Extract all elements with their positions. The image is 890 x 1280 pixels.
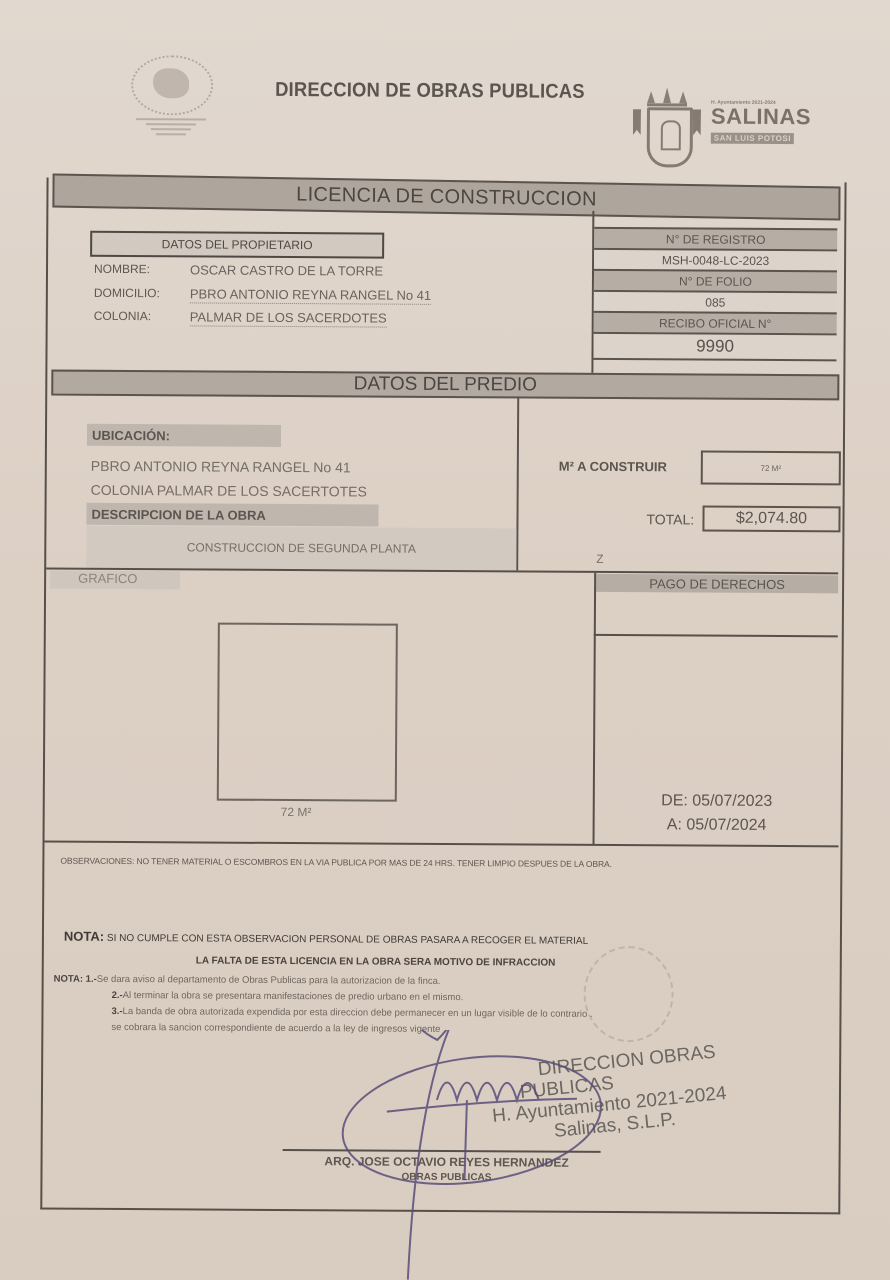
folio-value: 085	[594, 290, 837, 312]
municipality-brand: H. Ayuntamiento 2021-2024 SALINAS SAN LU…	[711, 100, 811, 147]
valid-to: A: 05/07/2024	[597, 813, 837, 838]
lot-diagram	[217, 623, 398, 802]
graphic-label: GRAFICO	[50, 571, 180, 590]
nota-line: NOTA: SI NO CUMPLE CON ESTA OBSERVACION …	[64, 929, 588, 947]
license-document: DIRECCION DE OBRAS PUBLICAS H. Ayuntamie…	[0, 0, 890, 1280]
owner-colony-row: COLONIA: PALMAR DE LOS SACERDOTES	[94, 309, 387, 328]
note-number: 3.-	[111, 1006, 122, 1017]
description-label: DESCRIPCION DE LA OBRA	[86, 503, 378, 527]
description-value: CONSTRUCCION DE SEGUNDA PLANTA	[86, 526, 516, 571]
brand-name: SALINAS	[711, 106, 811, 129]
registro-value: MSH-0048-LC-2023	[594, 248, 837, 270]
department-title: DIRECCION DE OBRAS PUBLICAS	[275, 79, 585, 104]
m2-value: 72 M²	[701, 451, 841, 486]
note-text: La banda de obra autorizada expendida po…	[123, 1006, 593, 1020]
m2-label: M² A CONSTRUIR	[559, 459, 667, 475]
handwritten-signature-icon	[326, 1029, 648, 1280]
location-label: UBICACIÓN:	[87, 424, 281, 447]
license-warning: LA FALTA DE ESTA LICENCIA EN LA OBRA SER…	[196, 955, 556, 968]
nota-prefix: NOTA:	[64, 929, 104, 944]
note-number: 1.-	[86, 974, 97, 985]
handwritten-mark: Z	[596, 552, 603, 566]
owner-colony: PALMAR DE LOS SACERDOTES	[190, 309, 387, 327]
registro-label: N° DE REGISTRO	[594, 227, 837, 249]
total-value: $2,074.80	[702, 506, 840, 533]
official-seal-stamp-icon	[583, 946, 674, 1043]
owner-address: PBRO ANTONIO REYNA RANGEL No 41	[190, 286, 431, 304]
national-seal-icon	[123, 53, 214, 144]
notes-prefix: NOTA:	[54, 974, 83, 985]
note-number: 2.-	[112, 990, 123, 1001]
owner-section-label: DATOS DEL PROPIETARIO	[90, 231, 384, 259]
field-label: DOMICILIO:	[94, 286, 190, 304]
note-text: Al terminar la obra se presentara manife…	[123, 990, 464, 1003]
note-text: Se dara aviso al departamento de Obras P…	[97, 974, 441, 987]
validity-dates: DE: 05/07/2023 A: 05/07/2024	[597, 789, 837, 838]
registry-column: N° DE REGISTRO MSH-0048-LC-2023 N° DE FO…	[593, 227, 837, 361]
total-label: TOTAL:	[646, 511, 694, 527]
field-label: NOMBRE:	[94, 262, 190, 279]
owner-name-row: NOMBRE: OSCAR CASTRO DE LA TORRE	[94, 262, 383, 280]
field-label: COLONIA:	[94, 309, 190, 327]
brand-tagline: SAN LUIS POTOSI	[711, 133, 794, 145]
lot-area-caption: 72 M²	[281, 805, 312, 819]
owner-address-row: DOMICILIO: PBRO ANTONIO REYNA RANGEL No …	[94, 286, 431, 305]
payment-label: PAGO DE DERECHOS	[596, 574, 838, 593]
notes-list: NOTA: 1.-Se dara aviso al departamento d…	[53, 972, 593, 1039]
municipal-crest-icon	[633, 87, 703, 165]
recibo-label: RECIBO OFICIAL N°	[594, 311, 837, 333]
valid-from: DE: 05/07/2023	[597, 789, 837, 814]
property-address-line1: PBRO ANTONIO REYNA RANGEL No 41	[91, 458, 351, 476]
folio-label: N° DE FOLIO	[594, 269, 837, 291]
property-address-line2: COLONIA PALMAR DE LOS SACERTOTES	[91, 482, 367, 500]
recibo-value: 9990	[593, 332, 836, 361]
owner-name: OSCAR CASTRO DE LA TORRE	[190, 262, 383, 279]
